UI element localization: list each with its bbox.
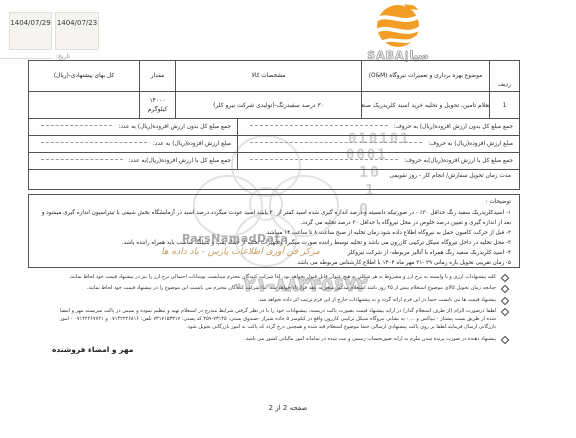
diamond-bullet-icon xyxy=(501,274,509,282)
quantity-cell: ۱۴۰۰۰ کیلوگرم xyxy=(139,92,175,118)
condition-item: لطفا درصورت الزام (از طرف استعلام گذار) … xyxy=(60,307,508,332)
seller-signature-label: مهر و امضاء فروشنده xyxy=(52,345,133,354)
condition-item: پیشنهاد قیمت ها می بایست حتما در این فرم… xyxy=(60,296,508,304)
condition-item: پیشنهاد دهنده در صورت برنده شدن ملزم به … xyxy=(60,335,508,343)
blank-dashed-line xyxy=(41,159,123,160)
inquiry-table: ردیف موضوع بهره برداری و تعمیرات نیروگاه… xyxy=(28,60,520,190)
condition-text: کلیه پیشنهادات ارزی و یا وابسته به نرخ ا… xyxy=(60,273,496,281)
table-row: 1 استعلام تامین، تحویل و تخلیه خرید اسید… xyxy=(29,91,519,118)
subject-cell: استعلام تامین، تحویل و تخلیه خرید اسید ک… xyxy=(361,92,489,118)
total-price-cell xyxy=(29,92,139,118)
blank-dashed-line xyxy=(250,142,422,143)
date-chip: 1404/07/23 xyxy=(55,12,99,50)
diamond-bullet-icon xyxy=(501,285,509,293)
col-header-specs: مشخصات کالا xyxy=(175,61,361,91)
notes-title: توضیحات : xyxy=(37,198,511,208)
vat-amount-words: مبلغ ارزش افزوده(ریال) به حروف: xyxy=(237,136,519,152)
condition-item: چنانچه زمان تحویل کالای موضوع استعلام بی… xyxy=(60,284,508,292)
condition-text: پیشنهاد دهنده در صورت برنده شدن ملزم به … xyxy=(60,335,496,343)
document-page: 010101 0001 10 1 0 ParsNamadData مرکز فن… xyxy=(0,0,576,438)
diamond-bullet-icon xyxy=(501,335,509,343)
conditions-list: کلیه پیشنهادات ارزی و یا وابسته به نرخ ا… xyxy=(60,273,508,346)
sum-with-vat-row: جمع مبلغ کل با ارزش افزوده(ریال)به حروف:… xyxy=(29,152,519,169)
note-item: ۳- محل تخلیه در داخل نیروگاه سیکل ترکیبی… xyxy=(37,239,511,249)
col-header-qty: مقدار xyxy=(139,61,175,91)
quantity-unit: کیلوگرم xyxy=(148,105,168,114)
sum-without-vat-words: جمع مبلغ کل بدون ارزش افزوده(ریال) به حر… xyxy=(237,119,519,135)
sum-label: جمع مبلغ کل با ارزش افزوده(ریال)به حروف: xyxy=(404,158,513,164)
note-item: ۴- اسید کلریدریک سفید رنگ همراه با آنالی… xyxy=(37,249,511,259)
condition-item: کلیه پیشنهادات ارزی و یا وابسته به نرخ ا… xyxy=(60,273,508,281)
notes-box: توضیحات : ۱- اسیدکلریدریک سفید رنگ حداقل… xyxy=(28,194,520,268)
vat-amount-row: مبلغ ارزش افزوده(ریال) به حروف: مبلغ ارز… xyxy=(29,135,519,152)
blank-dashed-line xyxy=(250,159,398,160)
specs-cell: ۳۰ درصد سفیدرنگ-(تولیدی شرکت نیرو کلر) xyxy=(175,92,361,118)
col-header-row-number: ردیف xyxy=(489,61,519,91)
sum-label: جمع مبلغ کل بدون ارزش افزوده(ریال) به عد… xyxy=(118,124,231,130)
sum-without-vat-figures: جمع مبلغ کل بدون ارزش افزوده(ریال) به عد… xyxy=(29,119,237,135)
condition-text: لطفا درصورت الزام (از طرف استعلام گذار) … xyxy=(60,307,496,332)
saba-emblem-icon xyxy=(374,2,422,48)
col-header-total-price: کل بهای پیشنهادی-(ریال) xyxy=(29,61,139,91)
condition-text: چنانچه زمان تحویل کالای موضوع استعلام بی… xyxy=(60,284,496,292)
blank-dashed-line xyxy=(250,125,388,126)
blank-dashed-line xyxy=(41,125,112,126)
diamond-bullet-icon xyxy=(501,296,509,304)
sum-label: مبلغ ارزش افزوده(ریال) به عدد: xyxy=(153,141,231,147)
note-item: ۵- زمان تقریبی تحویل بازه زمانی ۲۹ -۳۱ م… xyxy=(37,259,511,269)
page-number: صفحه 2 از 2 xyxy=(0,404,576,412)
diamond-bullet-icon xyxy=(501,308,509,316)
sum-without-vat-row: جمع مبلغ کل بدون ارزش افزوده(ریال) به حر… xyxy=(29,118,519,135)
quantity-value: ۱۴۰۰۰ xyxy=(149,96,165,105)
note-item: ۲- قبل از حرکت کامیون حمل به نیروگاه اطل… xyxy=(37,229,511,239)
condition-text: پیشنهاد قیمت ها می بایست حتما در این فرم… xyxy=(60,296,496,304)
date-chip: 1404/07/29 xyxy=(9,12,52,50)
saba-logo: SABA|صبا xyxy=(338,2,458,62)
document-content: 1404/07/29 1404/07/23 تاریخ: SABA|صبا رد… xyxy=(0,0,576,438)
delivery-time-row: مدت زمان تحویل سفارش/ انجام کار - روز تق… xyxy=(29,169,519,189)
date-label: تاریخ: xyxy=(56,53,70,60)
note-item: ۱- اسیدکلریدریک سفید رنگ حداقل ۳۰٪ - در … xyxy=(37,209,511,229)
sum-label: جمع مبلغ کل بدون ارزش افزوده(ریال) به حر… xyxy=(394,124,513,130)
date-underline xyxy=(0,58,52,59)
sum-label: مبلغ ارزش افزوده(ریال) به حروف: xyxy=(428,141,513,147)
row-number-cell: 1 xyxy=(489,92,519,118)
sum-with-vat-words: جمع مبلغ کل با ارزش افزوده(ریال)به حروف: xyxy=(237,153,519,169)
sum-label: جمع مبلغ کل با ارزش افزوده(ریال)به عدد: xyxy=(129,158,231,164)
blank-dashed-line xyxy=(41,142,147,143)
col-header-subject: موضوع بهره برداری و تعمیرات نیروگاه (O&M… xyxy=(361,61,489,91)
vat-amount-figures: مبلغ ارزش افزوده(ریال) به عدد: xyxy=(29,136,237,152)
table-header-row: ردیف موضوع بهره برداری و تعمیرات نیروگاه… xyxy=(29,61,519,91)
sum-with-vat-figures: جمع مبلغ کل با ارزش افزوده(ریال)به عدد: xyxy=(29,153,237,169)
